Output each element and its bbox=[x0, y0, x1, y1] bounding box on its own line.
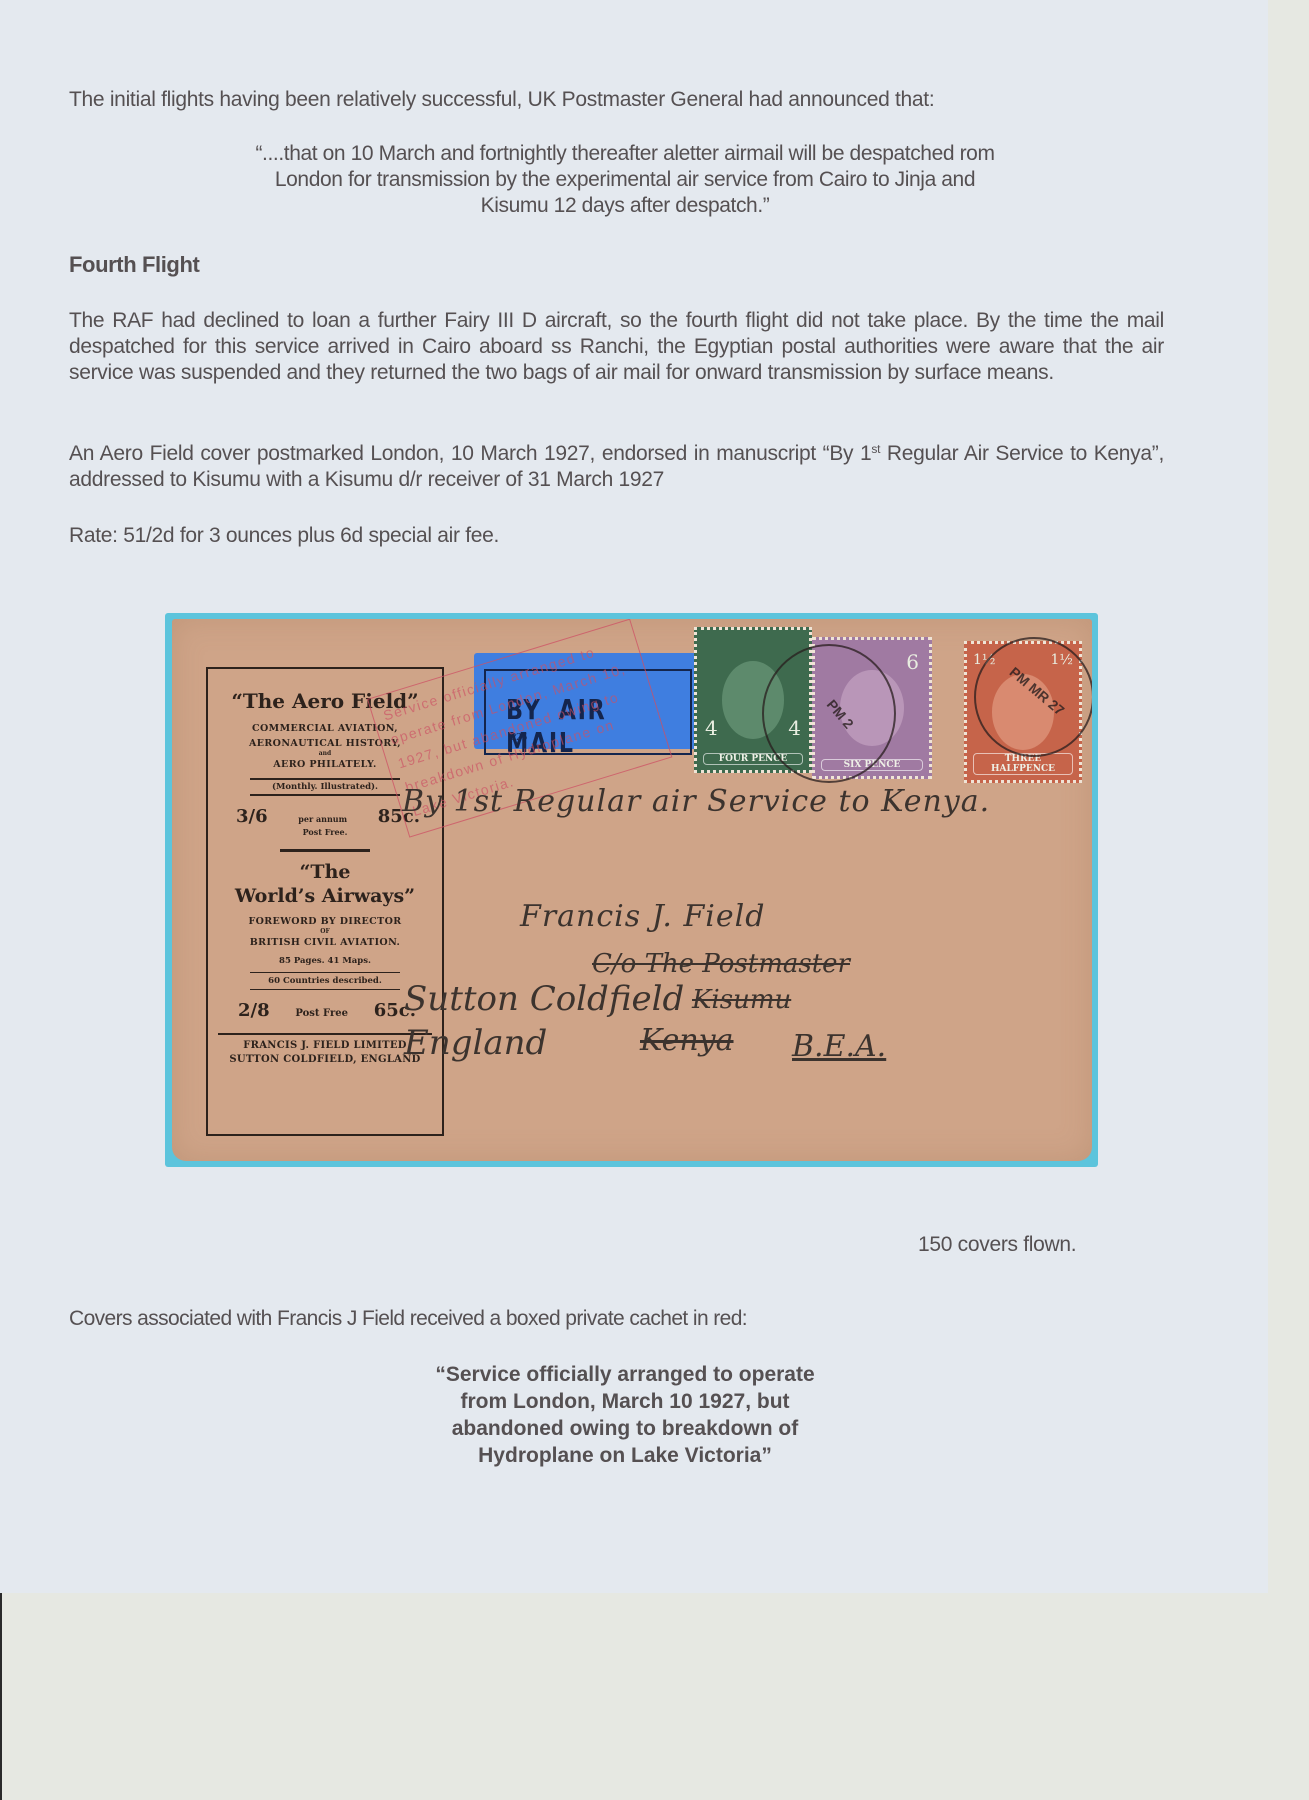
postmark-kisumu: PM MR 27 bbox=[974, 637, 1092, 757]
postmark-london: PM 2 bbox=[762, 644, 896, 783]
handwritten-addressee: Francis J. Field bbox=[520, 899, 765, 934]
handwritten-bea: B.E.A. bbox=[792, 1029, 886, 1064]
handwritten-sutton-coldfield: Sutton Coldfield bbox=[404, 979, 684, 1019]
handwritten-kenya: Kenya bbox=[640, 1023, 734, 1058]
announcement-quote: “....that on 10 March and fortnightly th… bbox=[240, 141, 1010, 219]
advert-footer: FRANCIS J. FIELD LIMITED SUTTON COLDFIEL… bbox=[218, 1033, 432, 1067]
paragraph-cover-description: An Aero Field cover postmarked London, 1… bbox=[69, 441, 1164, 493]
section-heading: Fourth Flight bbox=[69, 252, 199, 278]
cachet-quote: “Service officially arranged to operate … bbox=[420, 1361, 830, 1469]
handwritten-england: England bbox=[404, 1023, 547, 1063]
divider bbox=[280, 849, 370, 852]
intro-text: The initial flights having been relative… bbox=[69, 88, 934, 112]
divider bbox=[250, 794, 400, 796]
handwritten-struck-postmaster: C/o The Postmaster bbox=[592, 949, 850, 979]
handwritten-struck-kisumu: Kisumu bbox=[692, 985, 791, 1015]
covers-count: 150 covers flown. bbox=[918, 1233, 1076, 1257]
divider bbox=[250, 778, 400, 780]
handwritten-endorsement: By 1st Regular air Service to Kenya. bbox=[402, 784, 990, 819]
envelope-cover: “The Aero Field” COMMERCIAL AVIATION, AE… bbox=[172, 619, 1092, 1161]
paragraph-fourth-flight: The RAF had declined to loan a further F… bbox=[69, 308, 1164, 386]
album-page: The initial flights having been relative… bbox=[0, 0, 1268, 1593]
rate-text: Rate: 51/2d for 3 ounces plus 6d special… bbox=[69, 523, 1164, 549]
cachet-intro-text: Covers associated with Francis J Field r… bbox=[69, 1307, 747, 1331]
scan-edge bbox=[0, 1593, 2, 1800]
